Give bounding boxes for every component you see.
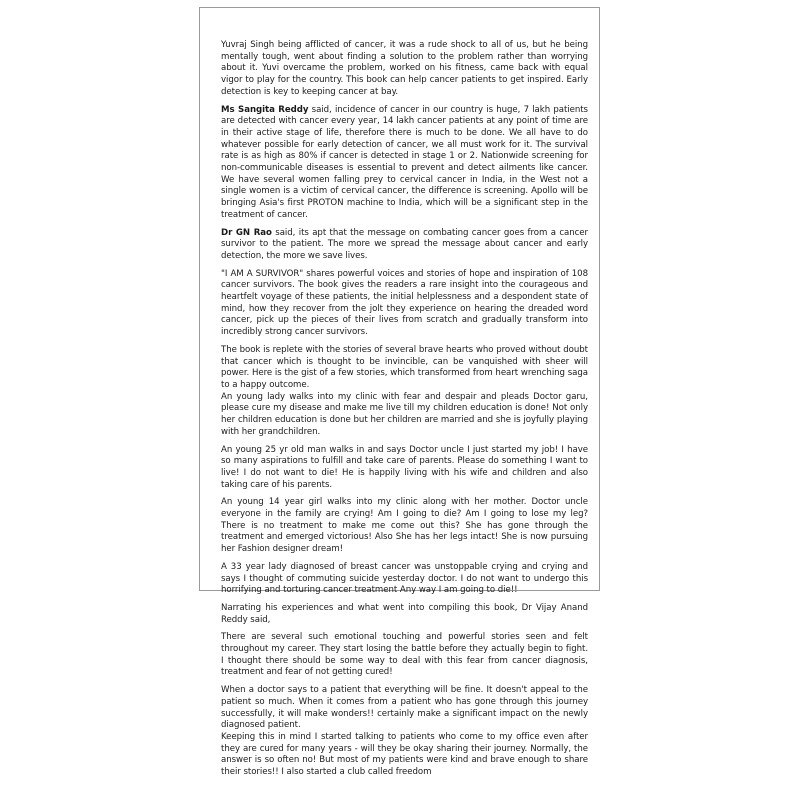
paragraph-story-young-lady: An young lady walks into my clinic with …: [221, 392, 588, 439]
paragraph-text: A 33 year lady diagnosed of breast cance…: [221, 562, 588, 595]
paragraph-text: said, incidence of cancer in our country…: [221, 105, 588, 220]
speaker-name: Dr GN Rao: [221, 228, 272, 238]
paragraph-book-intro: "I AM A SURVIVOR" shares powerful voices…: [221, 269, 588, 339]
paragraph-story-breast-cancer: A 33 year lady diagnosed of breast cance…: [221, 562, 588, 597]
paragraph-gn-rao: Dr GN Rao said, its apt that the message…: [221, 228, 588, 263]
paragraph-text: An young 14 year girl walks into my clin…: [221, 497, 588, 554]
paragraph-story-young-man: An young 25 yr old man walks in and says…: [221, 445, 588, 492]
document-page: Yuvraj Singh being afflicted of cancer, …: [199, 7, 600, 591]
paragraph-text: said, its apt that the message on combat…: [221, 228, 588, 261]
paragraph-text: The book is replete with the stories of …: [221, 345, 588, 390]
paragraph-text: "I AM A SURVIVOR" shares powerful voices…: [221, 269, 588, 338]
paragraph-yuvraj: Yuvraj Singh being afflicted of cancer, …: [221, 40, 588, 99]
paragraph-text: An young 25 yr old man walks in and says…: [221, 445, 588, 490]
paragraph-text: Yuvraj Singh being afflicted of cancer, …: [221, 40, 588, 97]
document-body: Yuvraj Singh being afflicted of cancer, …: [221, 40, 588, 600]
paragraph-book-stories: The book is replete with the stories of …: [221, 345, 588, 392]
speaker-name: Ms Sangita Reddy: [221, 105, 308, 115]
paragraph-story-young-girl: An young 14 year girl walks into my clin…: [221, 497, 588, 556]
paragraph-text: An young lady walks into my clinic with …: [221, 392, 588, 437]
paragraph-sangita-reddy: Ms Sangita Reddy said, incidence of canc…: [221, 105, 588, 222]
